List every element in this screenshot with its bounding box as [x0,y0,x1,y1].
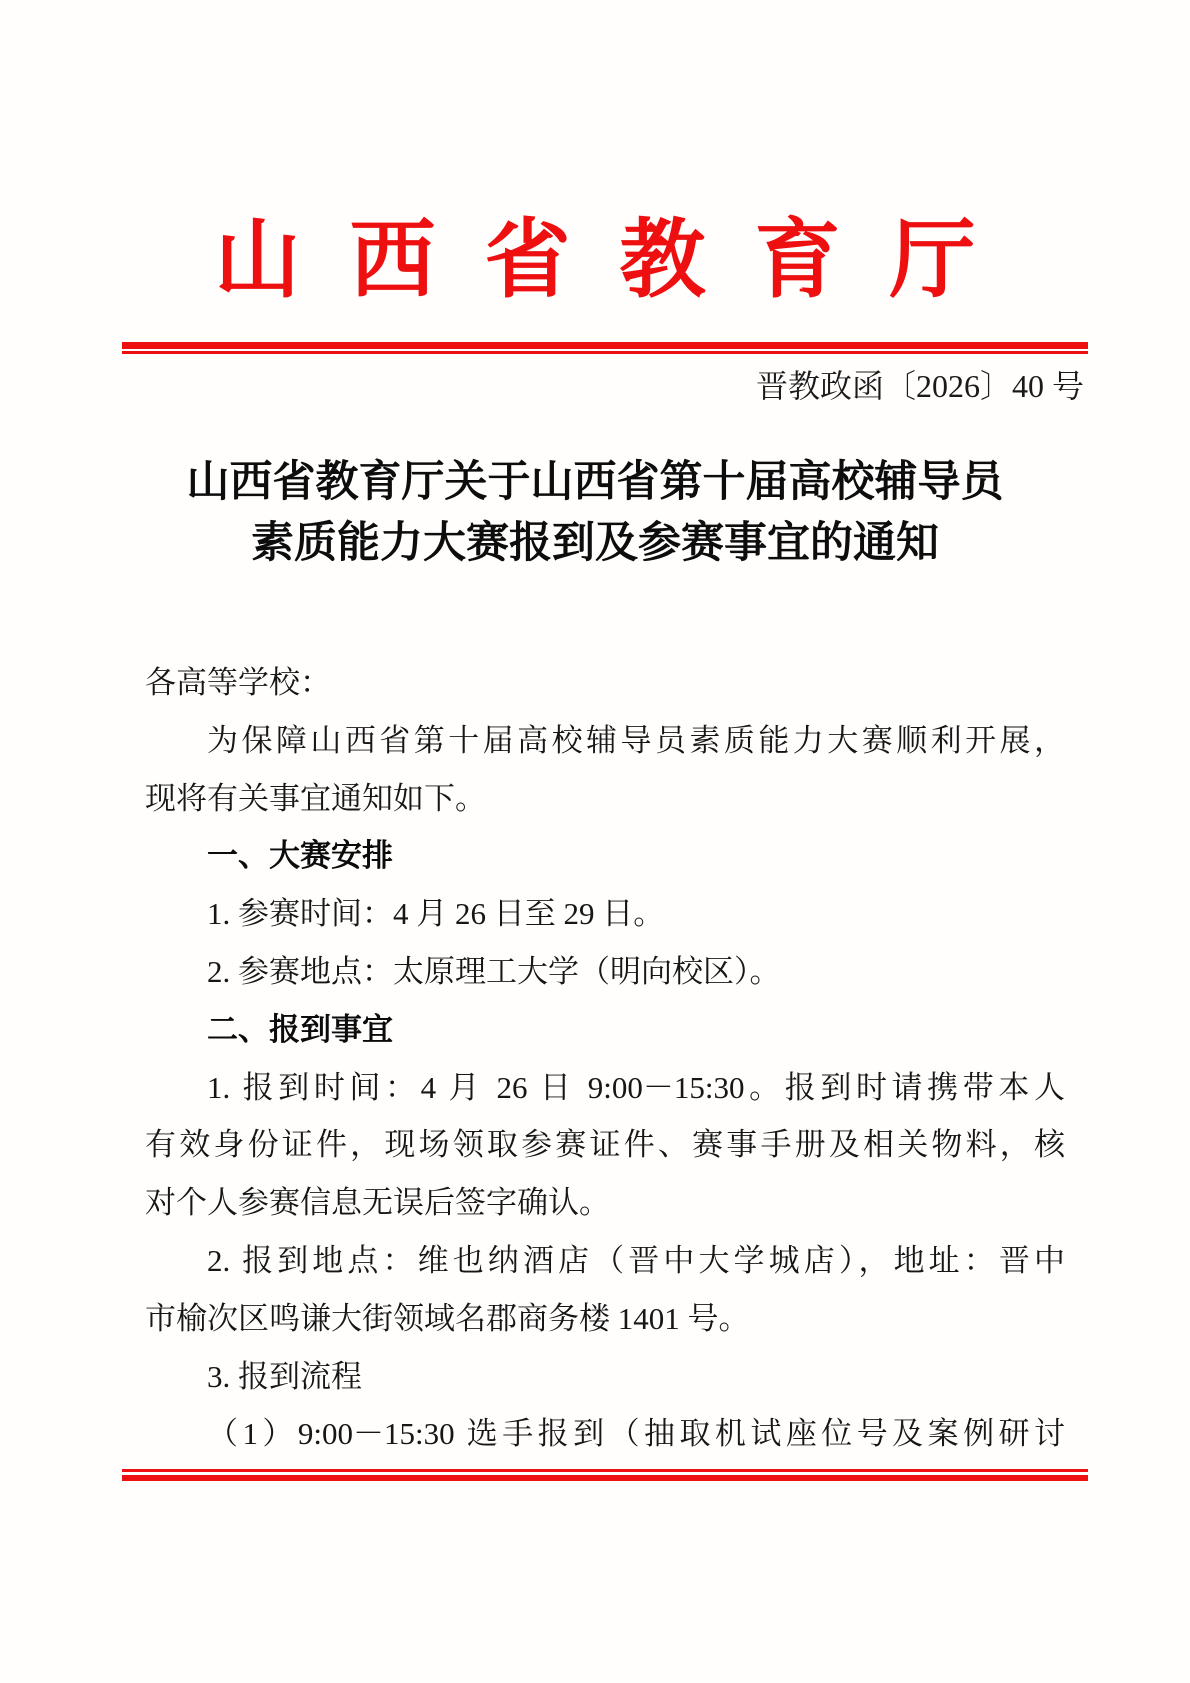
body-line-salutation: 各高等学校： [145,654,1065,712]
notice-title-line-1: 山西省教育厅关于山西省第十届高校辅导员 [0,452,1190,513]
body-line: 现将有关事宜通知如下。 [145,770,1065,828]
body-line: 3. 报到流程 [145,1348,1065,1406]
body-line: 为保障山西省第十届高校辅导员素质能力大赛顺利开展， [145,712,1065,770]
notice-body: 各高等学校： 为保障山西省第十届高校辅导员素质能力大赛顺利开展， 现将有关事宜通… [145,654,1065,1463]
section-heading-1: 一、大赛安排 [145,827,1065,885]
body-line: 1. 报到时间：4 月 26 日 9:00－15:30。报到时请携带本人 [145,1059,1065,1117]
divider-thin-line [122,351,1088,354]
body-line: 对个人参赛信息无误后签字确认。 [145,1174,1065,1232]
footer-red-divider-bottom [122,1469,1088,1481]
body-line: （1）9:00－15:30 选手报到（抽取机试座位号及案例研讨 [145,1405,1065,1463]
body-line: 市榆次区鸣谦大街领域名郡商务楼 1401 号。 [145,1290,1065,1348]
divider-thick-line [122,1475,1088,1481]
body-line: 1. 参赛时间：4 月 26 日至 29 日。 [145,885,1065,943]
agency-name-text: 山西省教育厅 [214,212,1024,308]
body-line: 2. 报到地点：维也纳酒店（晋中大学城店），地址：晋中 [145,1232,1065,1290]
letterhead-agency-name: 山西省教育厅 [0,210,1190,310]
notice-title-line-2: 素质能力大赛报到及参赛事宜的通知 [0,513,1190,574]
body-line: 2. 参赛地点：太原理工大学（明向校区）。 [145,943,1065,1001]
section-heading-2: 二、报到事宜 [145,1001,1065,1059]
divider-thick-line [122,342,1088,349]
official-notice-page: 山西省教育厅 晋教政函〔2026〕40 号 山西省教育厅关于山西省第十届高校辅导… [0,0,1190,1683]
notice-title: 山西省教育厅关于山西省第十届高校辅导员 素质能力大赛报到及参赛事宜的通知 [0,452,1190,574]
document-reference-number: 晋教政函〔2026〕40 号 [756,366,1084,406]
letterhead-red-divider-top [122,342,1088,354]
body-line: 有效身份证件，现场领取参赛证件、赛事手册及相关物料，核 [145,1116,1065,1174]
